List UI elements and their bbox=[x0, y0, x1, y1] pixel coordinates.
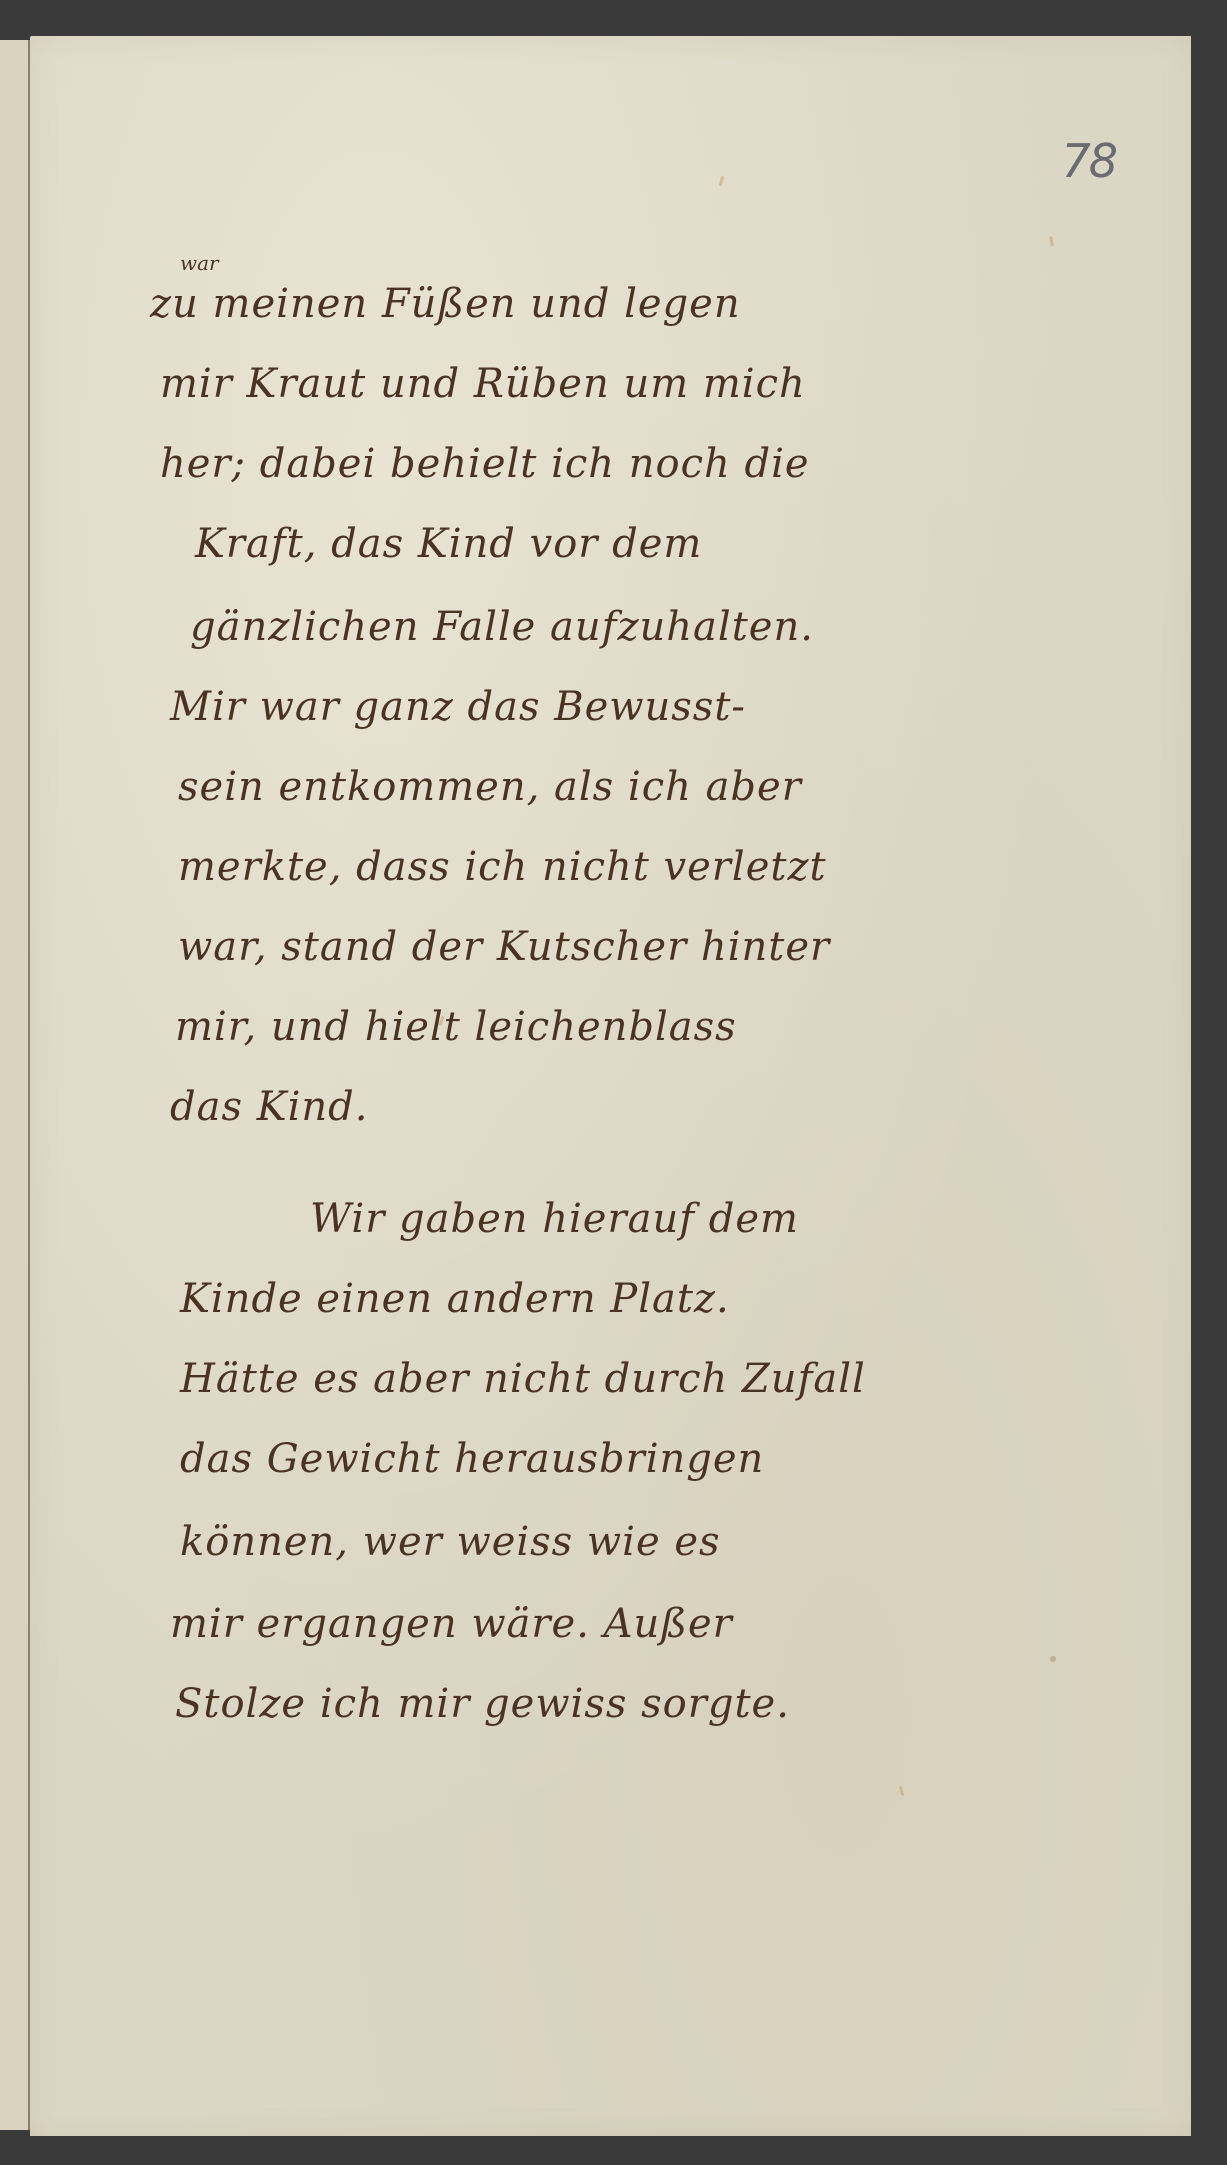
text-line: war, stand der Kutscher hinter bbox=[178, 924, 830, 970]
text-line: mir ergangen wäre. Außer bbox=[170, 1601, 733, 1647]
text-line: das Gewicht herausbringen bbox=[180, 1436, 764, 1482]
text-line: Kraft, das Kind vor dem bbox=[195, 521, 702, 567]
text-line: das Kind. bbox=[170, 1084, 368, 1130]
text-line: Hätte es aber nicht durch Zufall bbox=[180, 1356, 866, 1402]
text-line: können, wer weiss wie es bbox=[180, 1519, 721, 1565]
text-line: Mir war ganz das Bewusst- bbox=[170, 684, 746, 730]
text-line: sein entkommen, als ich aber bbox=[178, 764, 802, 810]
text-line: merkte, dass ich nicht verletzt bbox=[178, 844, 827, 890]
text-line: Stolze ich mir gewiss sorgte. bbox=[175, 1681, 790, 1727]
text-line: Kinde einen andern Platz. bbox=[180, 1276, 730, 1322]
manuscript-page: 78 war zu meinen Füßen und legen mir Kra… bbox=[30, 36, 1191, 2136]
text-line: mir, und hielt leichenblass bbox=[175, 1004, 737, 1050]
paper-fleck bbox=[1050, 1656, 1056, 1662]
text-line: mir Kraut und Rüben um mich bbox=[160, 361, 806, 407]
text-line: Wir gaben hierauf dem bbox=[310, 1196, 799, 1242]
facing-page-edge bbox=[0, 40, 31, 2130]
text-line: gänzlichen Falle aufzuhalten. bbox=[190, 604, 814, 650]
handwritten-text: zu meinen Füßen und legen mir Kraut und … bbox=[30, 36, 1191, 2136]
text-line: zu meinen Füßen und legen bbox=[150, 281, 741, 327]
text-line: her; dabei behielt ich noch die bbox=[160, 441, 810, 487]
